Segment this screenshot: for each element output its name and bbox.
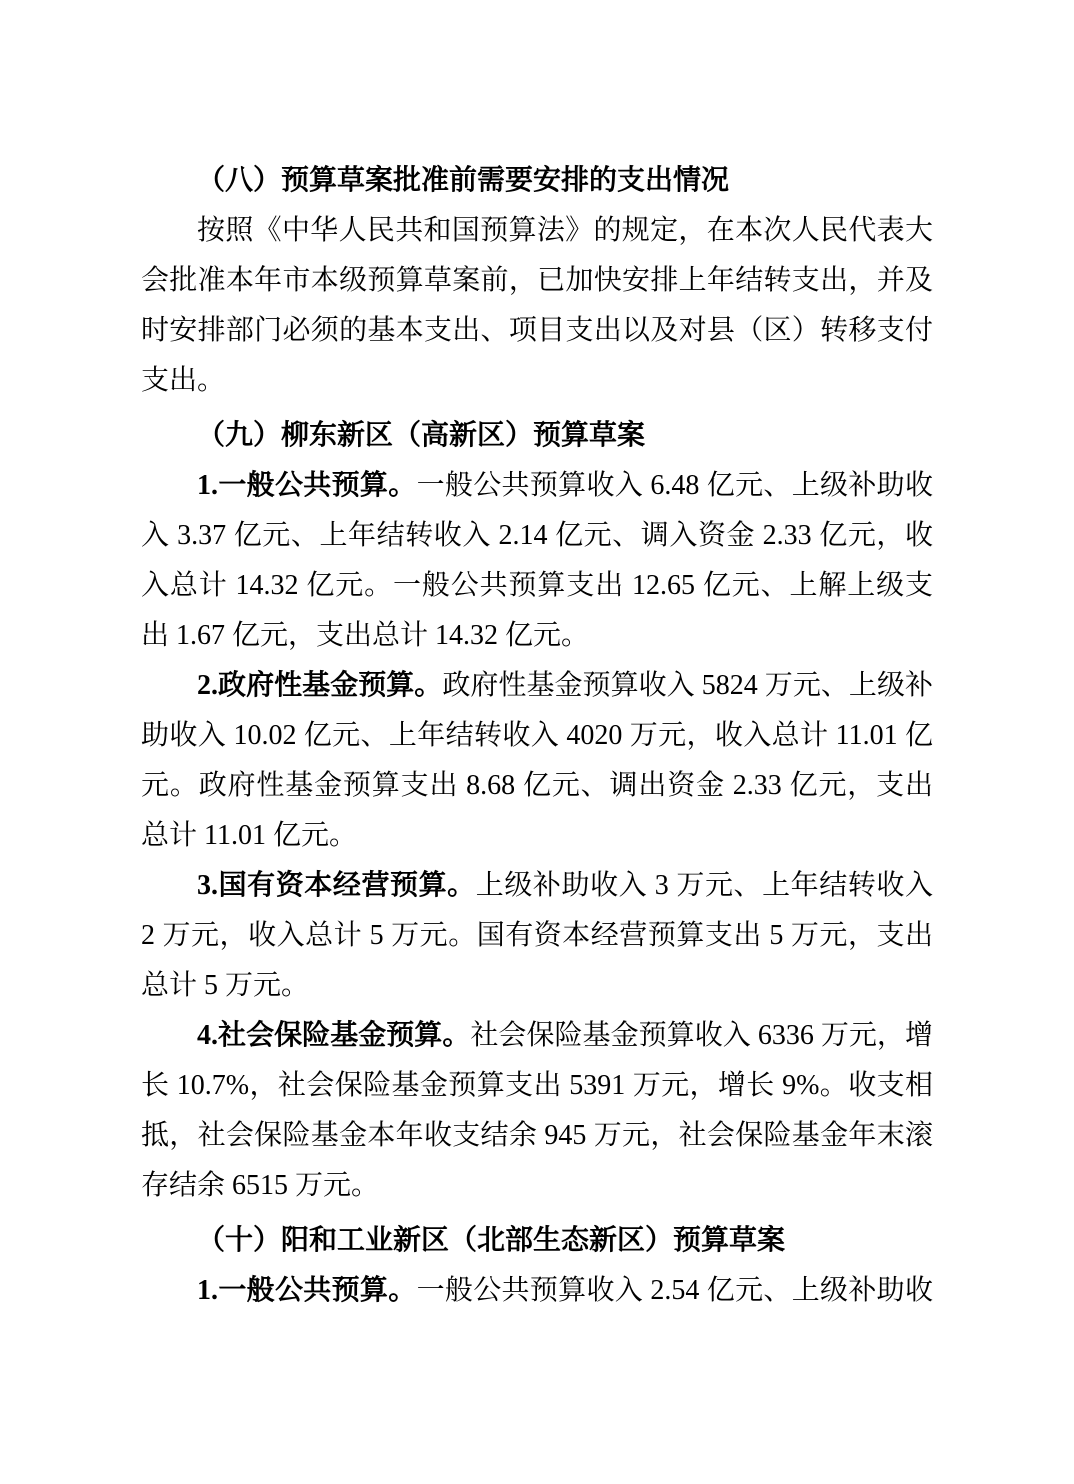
paragraph-lead-label: 2.政府性基金预算。 <box>197 670 442 701</box>
paragraph-budget-law: 按照《中华人民共和国预算法》的规定，在本次人民代表大会批准本年市本级预算草案前，… <box>141 206 933 406</box>
section-heading-9: （九）柳东新区（高新区）预算草案 <box>141 411 933 461</box>
paragraph-lead-label: 3.国有资本经营预算。 <box>197 870 476 901</box>
paragraph-lead-label: 1.一般公共预算。 <box>197 470 417 501</box>
paragraph-liudong-state-capital: 3.国有资本经营预算。上级补助收入 3 万元、上年结转收入 2 万元，收入总计 … <box>141 861 933 1011</box>
section-heading-10: （十）阳和工业新区（北部生态新区）预算草案 <box>141 1216 933 1266</box>
paragraph-text: 一般公共预算收入 2.54 亿元、上级补助收 <box>417 1275 933 1306</box>
section-heading-8: （八）预算草案批准前需要安排的支出情况 <box>141 156 933 206</box>
document-page: （八）预算草案批准前需要安排的支出情况 按照《中华人民共和国预算法》的规定，在本… <box>0 0 1074 1484</box>
paragraph-lead-label: 4.社会保险基金预算。 <box>197 1020 470 1051</box>
paragraph-yanghe-general-budget: 1.一般公共预算。一般公共预算收入 2.54 亿元、上级补助收 <box>141 1266 933 1316</box>
document-body: （八）预算草案批准前需要安排的支出情况 按照《中华人民共和国预算法》的规定，在本… <box>141 156 933 1316</box>
paragraph-liudong-social-insurance: 4.社会保险基金预算。社会保险基金预算收入 6336 万元，增长 10.7%，社… <box>141 1011 933 1211</box>
paragraph-liudong-government-fund: 2.政府性基金预算。政府性基金预算收入 5824 万元、上级补助收入 10.02… <box>141 661 933 861</box>
paragraph-liudong-general-budget: 1.一般公共预算。一般公共预算收入 6.48 亿元、上级补助收入 3.37 亿元… <box>141 461 933 661</box>
paragraph-lead-label: 1.一般公共预算。 <box>197 1275 417 1306</box>
